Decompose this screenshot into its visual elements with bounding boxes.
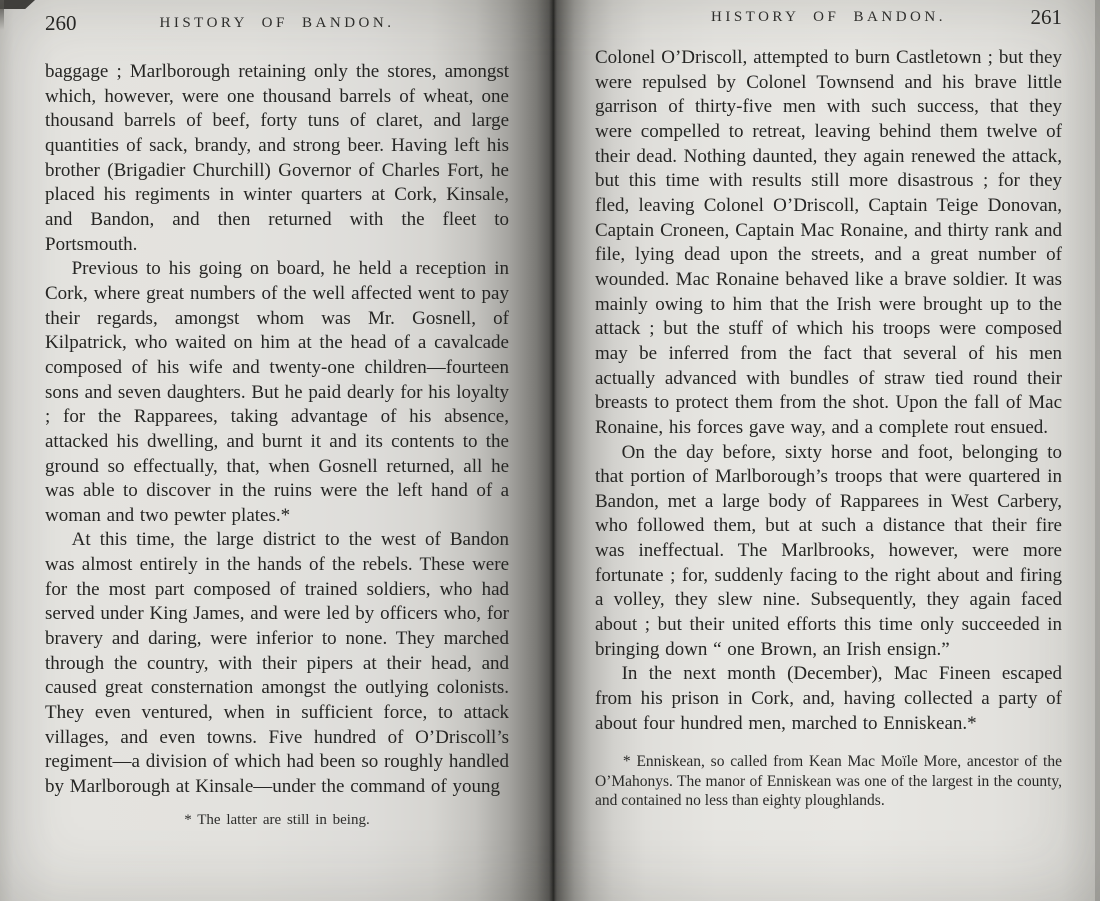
page-number-left: 260: [45, 11, 77, 36]
paragraph: Previous to his going on board, he held …: [45, 257, 509, 528]
page-header-left: 260 HISTORY OF BANDON.: [45, 14, 509, 40]
paragraph: In the next month (December), Mac Fineen…: [595, 662, 1062, 736]
running-header-right: HISTORY OF BANDON.: [711, 9, 946, 25]
book-gutter-shadow: [549, 0, 557, 901]
running-header-left: HISTORY OF BANDON.: [160, 15, 395, 31]
paragraph-continuation: Colonel O’Driscoll, attempted to burn Ca…: [595, 46, 1062, 441]
scan-edge-artifact-right: [1095, 0, 1100, 901]
paragraph-continuation: baggage ; Marlborough retaining only the…: [45, 60, 509, 257]
page-header-right: HISTORY OF BANDON. 261: [595, 8, 1062, 34]
paragraph: On the day before, sixty horse and foot,…: [595, 441, 1062, 663]
body-text-right: Colonel O’Driscoll, attempted to burn Ca…: [595, 46, 1062, 736]
page-number-right: 261: [1031, 5, 1063, 30]
scan-edge-artifact-left: [0, 0, 4, 30]
page-261: HISTORY OF BANDON. 261 Colonel O’Driscol…: [553, 0, 1100, 901]
body-text-left: baggage ; Marlborough retaining only the…: [45, 60, 509, 800]
paragraph: At this time, the large district to the …: [45, 528, 509, 799]
footnote-left: * The latter are still in being.: [45, 812, 509, 829]
footnote-right: * Enniskean, so called from Kean Mac Moï…: [595, 752, 1062, 811]
book-scan-spread: 260 HISTORY OF BANDON. baggage ; Marlbor…: [0, 0, 1100, 901]
page-260: 260 HISTORY OF BANDON. baggage ; Marlbor…: [0, 0, 553, 901]
